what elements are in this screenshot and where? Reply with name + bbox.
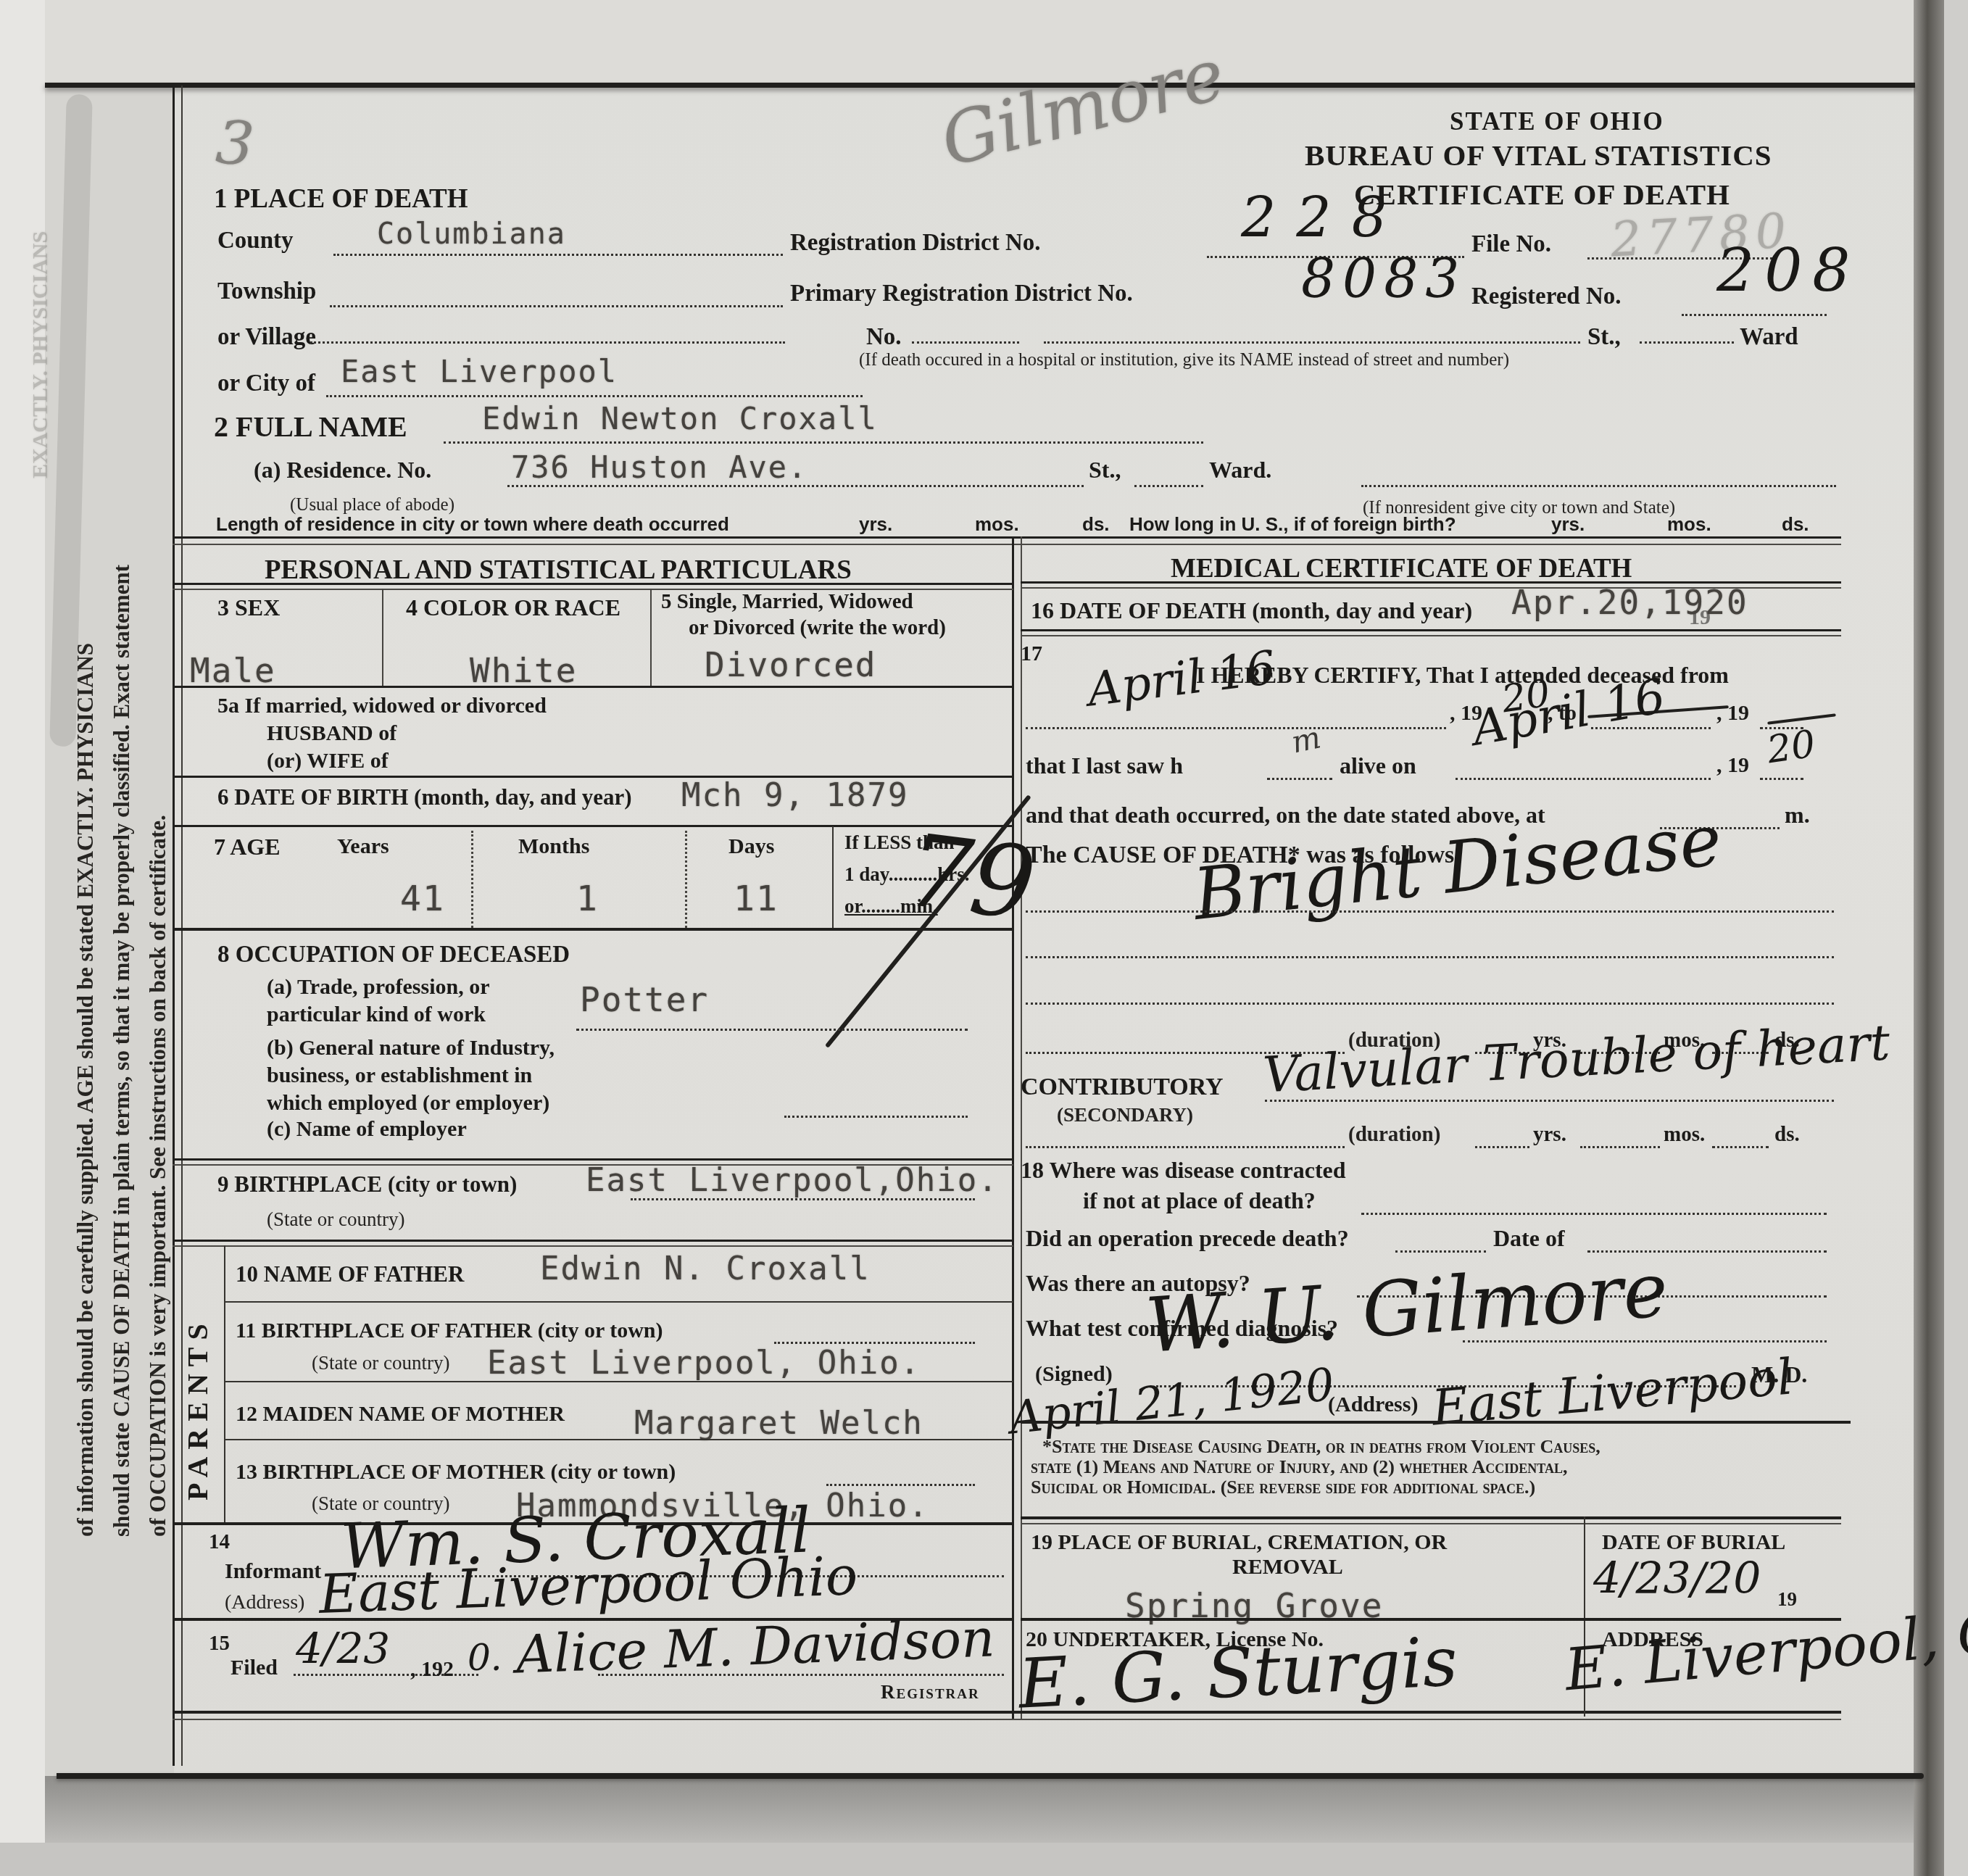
village-ward-leader [1640,341,1734,344]
margin-instruction-line-1: of information should be carefully suppl… [74,152,98,1537]
age-scribble: 79 [902,821,1040,935]
header-bottom-rule-2 [173,544,1841,545]
bureau-title: BUREAU OF VITAL STATISTICS [1305,140,1772,171]
marital-label-2: or Divorced (write the word) [689,617,946,639]
county-label: County [217,228,294,254]
age-days-value: 11 [734,879,779,919]
township-leader [330,304,783,307]
top-fold-line [45,83,1915,88]
place-of-death-label: 1 PLACE OF DEATH [214,186,468,214]
informant-address-label: (Address) [225,1592,304,1613]
residence-label: (a) Residence. No. [254,458,431,483]
disease-contracted-leader [1361,1212,1827,1215]
burial-label-1: 19 PLACE OF BURIAL, CREMATION, OR [1031,1531,1447,1554]
bottom-border-rule-2 [173,1719,1841,1720]
occupation-b-label-3: which employed (or employer) [267,1092,549,1115]
item-17-number: 17 [1021,642,1042,665]
date-of-death-label: 16 DATE OF DEATH (month, day and year) [1031,599,1472,623]
date-of-birth-label: 6 DATE OF BIRTH (month, day, and year) [217,786,632,810]
birthplace-state-note: (State or country) [267,1209,404,1229]
last-saw-him-value: m [1289,722,1324,758]
birthplace-value: East Liverpool,Ohio. [586,1162,999,1199]
father-name-value: Edwin N. Croxall [540,1250,871,1287]
right-outer-strip [1944,0,1968,1876]
rule [1021,635,1841,636]
mother-birthplace-label: 13 BIRTHPLACE OF MOTHER (city or town) [236,1461,676,1484]
operation-date-label: Date of [1493,1227,1565,1251]
rule [224,1439,1013,1440]
rule [173,1240,1013,1242]
duration2-leader [1580,1145,1660,1148]
us-yrs-label: yrs. [1551,515,1585,534]
filed-year-printed: , 192 [410,1658,454,1681]
file-no-label: File No. [1471,232,1551,257]
city-leader [326,394,863,397]
color-marital-divider [650,589,652,687]
occupation-value: Potter [580,980,709,1019]
registered-no-leader [1682,313,1827,316]
sex-value: Male [190,651,276,690]
occupation-b-label-2: business, or establishment in [267,1064,532,1087]
mother-birthplace-leader [826,1483,975,1486]
footnote-line-2: state (1) Means and Nature of Injury, an… [1031,1457,1568,1477]
signature-address-label: (Address) [1328,1393,1418,1416]
registrar-leader [598,1673,1004,1676]
burial-date-label: DATE OF BURIAL [1602,1531,1785,1554]
filed-year-hand: 0. [468,1640,502,1676]
personal-section-title: PERSONAL AND STATISTICAL PARTICULARS [265,557,852,585]
residence-ward-label: Ward. [1209,458,1271,483]
paper-top-strip [45,0,1915,86]
age-less-divider [832,826,834,929]
occupation-a-label-2: particular kind of work [267,1003,486,1026]
abode-note: (Usual place of abode) [290,496,454,515]
filed-label: Filed [231,1656,278,1680]
village-no-leader [912,341,1019,344]
secondary-label: (SECONDARY) [1057,1105,1193,1125]
birthplace-label: 9 BIRTHPLACE (city or town) [217,1173,517,1197]
age-days-label: Days [728,835,774,858]
residence-ward-leader [1134,484,1203,487]
rule [224,1301,1013,1303]
operation-leader [1395,1250,1486,1253]
occupation-b-leader [784,1115,968,1118]
last-saw-him-leader [1267,777,1332,780]
rule [1021,1523,1841,1524]
residence-st-label: St., [1089,458,1121,483]
duration2-leader [1026,1145,1345,1148]
duration2-mos-label: mos. [1664,1124,1705,1145]
rule [173,928,1013,931]
alive-on-19: , 19 [1716,754,1749,777]
father-birthplace-state-note: (State or country) [312,1353,449,1373]
date-of-birth-value: Mch 9, 1879 [681,777,908,814]
disease-contracted-label-1: 18 Where was disease contracted [1021,1158,1346,1183]
age-col-divider [471,831,474,928]
length-mos-label: mos. [975,515,1019,534]
age-col-divider [685,831,688,928]
occupation-a-leader [576,1028,968,1031]
rule [224,1381,1013,1382]
left-border-outer [173,86,175,1766]
sex-color-divider [382,589,383,687]
cause-leader [1026,1002,1834,1005]
left-border-inner [181,86,183,1766]
us-ds-label: ds. [1782,515,1809,534]
cause-leader [1026,955,1834,958]
bottom-light-band [0,1843,1968,1876]
contributory-label: CONTRIBUTORY [1021,1074,1224,1100]
married-to-label-2: HUSBAND of [267,722,396,745]
age-label: 7 AGE [214,835,281,860]
length-residence-label: Length of residence in city or town wher… [216,515,729,534]
bottom-border-rule-1 [173,1711,1841,1714]
duration2-yrs-label: yrs. [1533,1124,1566,1145]
duration2-leader [1712,1145,1769,1148]
county-value: Columbiana [377,217,566,251]
father-name-label: 10 NAME OF FATHER [236,1263,464,1287]
rule [173,1245,1013,1247]
bottom-shadow-band [45,1776,1915,1843]
us-mos-label: mos. [1667,515,1711,534]
certificate-title: CERTIFICATE OF DEATH [1354,179,1730,210]
last-saw-label: that I last saw h [1026,754,1183,779]
registrar-signature: Alice M. Davidson [515,1611,996,1680]
how-long-us-label: How long in U. S., if of foreign birth? [1129,515,1456,534]
rule [173,686,1013,688]
marital-value: Divorced [705,645,877,684]
parents-divider [224,1245,225,1522]
footnote-line-3: Suicidal or Homicidal. (See reverse side… [1031,1477,1535,1497]
length-yrs-label: yrs. [859,515,892,534]
age-years-label: Years [337,835,389,858]
married-to-label-3: (or) WIFE of [267,750,389,773]
death-occurred-label: and that death occurred, on the date sta… [1026,803,1545,828]
burial-date-printed-19: 19 [1777,1589,1797,1609]
rule [1021,1618,1841,1621]
occupation-label: 8 OCCUPATION OF DECEASED [217,942,570,968]
operation-label: Did an operation precede death? [1026,1227,1349,1251]
date-of-death-value: Apr.20,1920 [1511,583,1748,622]
nonresident-leader [1361,484,1836,487]
informant-label: Informant [225,1560,321,1583]
father-birthplace-leader [774,1341,975,1344]
city-label: or City of [217,371,315,397]
color-race-value: White [470,651,577,690]
death-occurred-m-label: m. [1785,803,1810,828]
rule [1021,1421,1851,1424]
age-years-value: 41 [400,879,445,919]
burial-date-value: 4/23/20 [1593,1557,1761,1601]
full-name-label: 2 FULL NAME [214,412,407,442]
color-race-label: 4 COLOR OR RACE [406,596,620,621]
father-birthplace-label: 11 BIRTHPLACE OF FATHER (city or town) [236,1319,663,1342]
mother-name-value: Margaret Welch [634,1405,923,1442]
full-name-leader [444,441,1203,444]
rule [173,1158,1013,1161]
scanned-death-certificate: EXACTLY. PHYSICIANS of information shoul… [0,0,1968,1876]
margin-instruction-line-3: of OCCUPATION is very important. See ins… [146,152,170,1537]
married-to-label-1: 5a If married, widowed or divorced [217,694,547,718]
village-no-label: No. [866,325,902,350]
alive-on-leader [1456,777,1711,780]
registered-no-label: Registered No. [1471,284,1622,310]
occupation-c-label: (c) Name of employer [267,1118,467,1141]
registration-district-label: Registration District No. [790,231,1041,256]
header-bottom-rule-1 [173,536,1841,539]
attended-from-leader [1026,726,1446,729]
column-divider-outer [1012,536,1014,1719]
residence-value: 736 Huston Ave. [511,449,807,485]
margin-ghost-text: EXACTLY. PHYSICIANS [29,72,52,478]
village-label: or Village [217,325,316,350]
hospital-note: (If death occured in a hospital or insti… [859,351,1509,370]
duration2-ds-label: ds. [1774,1124,1800,1145]
state-title: STATE OF OHIO [1450,109,1664,136]
duration2-leader [1475,1145,1529,1148]
occupation-b-label-1: (b) General nature of Industry, [267,1037,555,1060]
marital-label-1: 5 Single, Married, Widowed [661,591,913,613]
length-ds-label: ds. [1082,515,1110,534]
duration2-label: (duration) [1348,1124,1440,1145]
father-birthplace-value: East Liverpool, Ohio. [487,1345,921,1382]
filed-date-value: 4/23 [296,1627,390,1669]
village-leader [310,341,785,344]
attended-to-19: , 19 [1716,702,1749,725]
registered-no-value: 208 [1716,242,1861,302]
page-number-annotation: 3 [214,113,256,175]
bottom-fold-line [57,1773,1924,1779]
alive-on-year-leader [1760,777,1803,780]
primary-registration-value: 8083 [1301,252,1466,306]
age-months-label: Months [518,835,589,858]
registrar-label: Registrar [881,1682,980,1702]
village-st-label: St., [1587,325,1621,350]
item-15-number: 15 [209,1632,230,1654]
parents-label: PARENTS [183,1254,213,1501]
disease-contracted-label-2: if not at place of death? [1083,1189,1316,1213]
village-street-leader [1044,341,1580,344]
margin-instruction-line-2: should state CAUSE OF DEATH in plain ter… [110,152,134,1537]
alive-on-label: alive on [1340,754,1416,779]
burial-label-2: REMOVAL [1232,1556,1343,1579]
binding-band [1914,0,1944,1876]
footnote-line-1: *State the Disease Causing Death, or in … [1042,1437,1600,1456]
rule [173,583,1013,585]
sex-label: 3 SEX [217,596,280,621]
township-label: Township [217,279,316,304]
cause-leader [1026,910,1834,913]
age-months-value: 1 [576,879,599,919]
rule [1021,629,1841,631]
occupation-a-label-1: (a) Trade, profession, or [267,976,490,999]
city-value: East Liverpool [341,354,618,389]
item-14-number: 14 [209,1531,230,1553]
primary-registration-label: Primary Registration District No. [790,281,1133,307]
last-saw-year-value: 20 [1765,726,1818,770]
county-leader [333,253,783,256]
mother-name-label: 12 MAIDEN NAME OF MOTHER [236,1403,565,1426]
rule [1021,1516,1841,1519]
rule [173,825,1013,827]
village-ward-label: Ward [1740,325,1798,350]
medical-section-title: MEDICAL CERTIFICATE OF DEATH [1171,555,1632,584]
column-divider-inner [1021,536,1022,1719]
registration-district-value: 228 [1241,190,1407,245]
full-name-value: Edwin Newton Croxall [482,401,878,436]
